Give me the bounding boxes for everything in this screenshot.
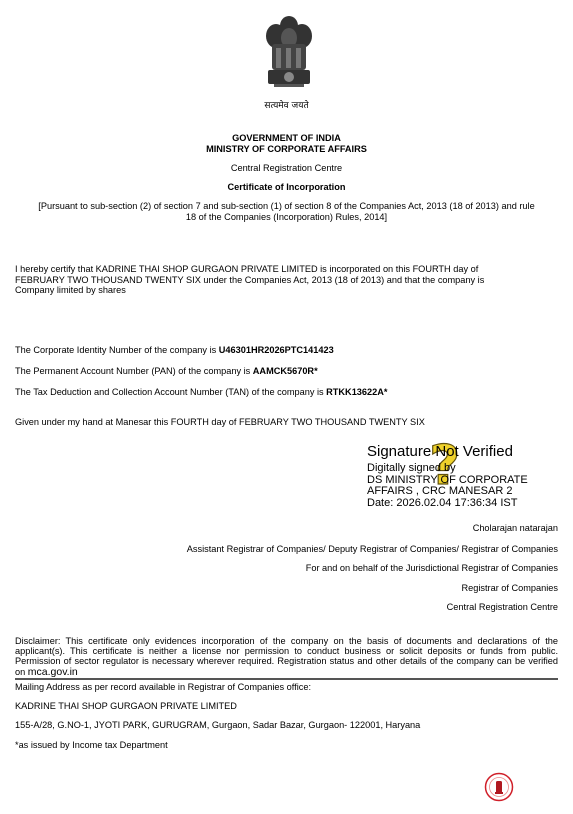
pan-value: AAMCK5670R* xyxy=(253,366,318,376)
tan-label: The Tax Deduction and Collection Account… xyxy=(15,387,326,397)
mca-link[interactable]: mca.gov.in xyxy=(28,666,78,678)
mailing-company: KADRINE THAI SHOP GURGAON PRIVATE LIMITE… xyxy=(15,701,237,711)
certify-line-1: I hereby certify that KADRINE THAI SHOP … xyxy=(15,264,560,275)
mca-seal xyxy=(484,772,514,802)
disclaimer: Disclaimer: This certificate only eviden… xyxy=(15,636,558,677)
lion-capital-icon xyxy=(254,8,324,108)
mailing-address: 155-A/28, G.NO-1, JYOTI PARK, GURUGRAM, … xyxy=(15,720,420,730)
registrar-behalf: For and on behalf of the Jurisdictional … xyxy=(306,563,558,573)
signature-date: Date: 2026.02.04 17:36:34 IST xyxy=(367,498,567,510)
mca-seal-icon xyxy=(484,772,514,802)
divider xyxy=(15,678,558,680)
cin-value: U46301HR2026PTC141423 xyxy=(219,345,334,355)
footnote: *as issued by Income tax Department xyxy=(15,740,168,750)
cin-line: The Corporate Identity Number of the com… xyxy=(15,345,334,355)
pan-label: The Permanent Account Number (PAN) of th… xyxy=(15,366,253,376)
signature-line-1: Digitally signed by xyxy=(367,463,567,475)
signature-line-3: AFFAIRS , CRC MANESAR 2 xyxy=(367,486,567,498)
certificate-title: Certificate of Incorporation xyxy=(0,182,573,192)
signature-status: Signature Not Verified xyxy=(367,443,567,460)
given-under-hand: Given under my hand at Manesar this FOUR… xyxy=(15,417,425,427)
digital-signature-block[interactable]: ? Signature Not Verified Digitally signe… xyxy=(367,443,567,509)
mailing-label: Mailing Address as per record available … xyxy=(15,682,311,692)
header-title: GOVERNMENT OF INDIA MINISTRY OF CORPORAT… xyxy=(0,133,573,154)
emblem-motto: सत्यमेव जयते xyxy=(0,98,573,111)
national-emblem xyxy=(254,8,324,108)
cin-label: The Corporate Identity Number of the com… xyxy=(15,345,219,355)
certification-paragraph: I hereby certify that KADRINE THAI SHOP … xyxy=(15,264,560,296)
tan-line: The Tax Deduction and Collection Account… xyxy=(15,387,387,397)
header-line-government: GOVERNMENT OF INDIA xyxy=(0,133,573,144)
header-line-ministry: MINISTRY OF CORPORATE AFFAIRS xyxy=(0,144,573,155)
certify-line-2: FEBRUARY TWO THOUSAND TWENTY SIX under t… xyxy=(15,275,560,286)
registrar-office: Registrar of Companies xyxy=(461,583,558,593)
registration-centre: Central Registration Centre xyxy=(0,163,573,173)
registrar-centre: Central Registration Centre xyxy=(447,602,558,612)
registrar-name: Cholarajan natarajan xyxy=(473,523,558,533)
pan-line: The Permanent Account Number (PAN) of th… xyxy=(15,366,318,376)
disclaimer-text: Disclaimer: This certificate only eviden… xyxy=(15,636,558,677)
registrar-designation: Assistant Registrar of Companies/ Deputy… xyxy=(187,544,558,554)
certify-line-3: Company limited by shares xyxy=(15,285,560,296)
pursuant-line-2: 18 of the Companies (Incorporation) Rule… xyxy=(0,212,573,223)
signature-details: Digitally signed by DS MINISTRY OF CORPO… xyxy=(367,463,567,509)
pursuant-line-1: [Pursuant to sub-section (2) of section … xyxy=(0,201,573,212)
tan-value: RTKK13622A* xyxy=(326,387,387,397)
pursuant-note: [Pursuant to sub-section (2) of section … xyxy=(0,201,573,222)
